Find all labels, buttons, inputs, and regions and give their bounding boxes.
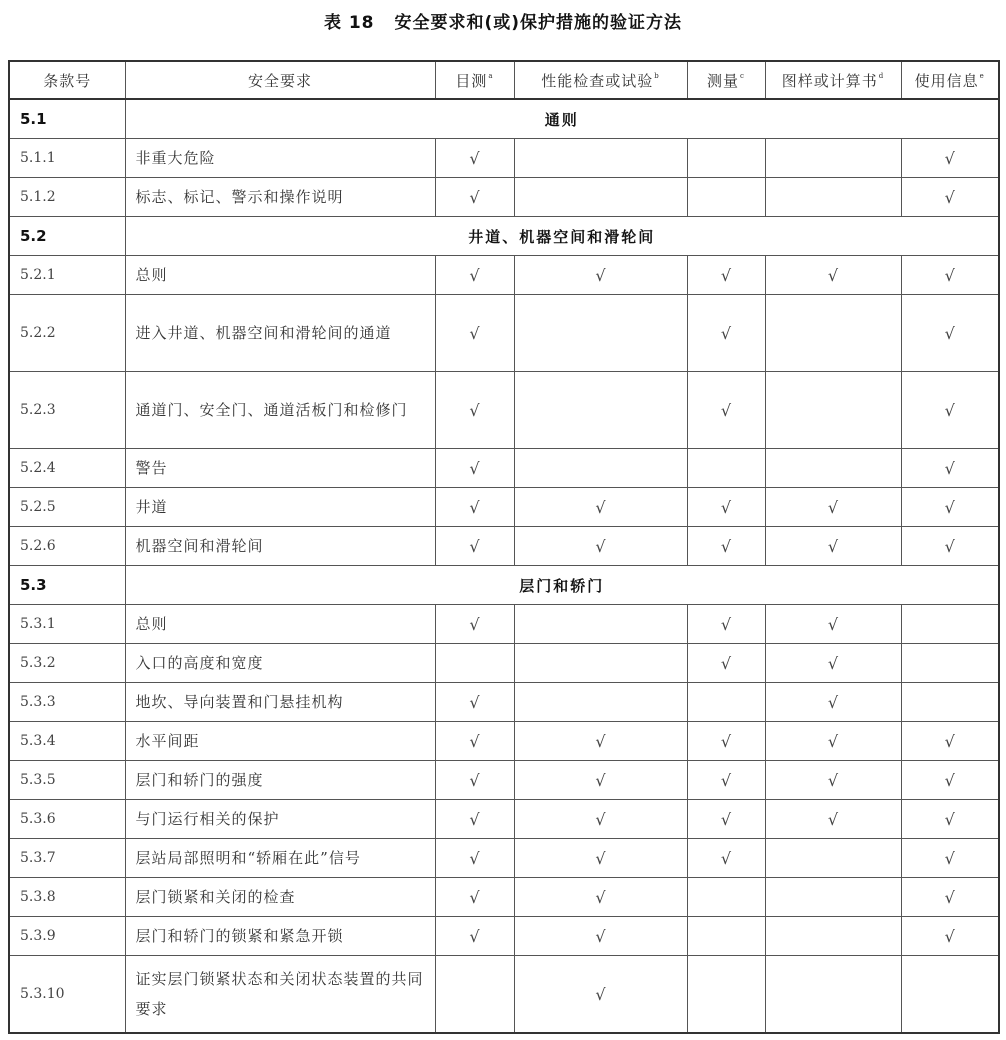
check-mark-icon: √ (595, 266, 605, 285)
check-mark-icon: √ (595, 732, 605, 751)
table-row: 5.3.3地坎、导向装置和门悬挂机构√√ (9, 683, 999, 722)
check-mark-icon: √ (469, 498, 479, 517)
footnote-mark: e (980, 72, 985, 80)
check-cell-visual: √ (435, 761, 514, 800)
footnote-mark: c (740, 72, 745, 80)
check-cell-test (514, 683, 687, 722)
clause-number: 5.3.8 (9, 878, 125, 917)
check-cell-test: √ (514, 761, 687, 800)
check-cell-visual (435, 956, 514, 1034)
section-row: 5.1通则 (9, 99, 999, 139)
check-cell-user-info: √ (901, 295, 999, 372)
check-cell-drawings (765, 372, 901, 449)
section-clause: 5.1 (9, 99, 125, 139)
table-row: 5.3.2入口的高度和宽度√√ (9, 644, 999, 683)
check-mark-icon: √ (828, 771, 838, 790)
table-row: 5.3.1总则√√√ (9, 605, 999, 644)
clause-number: 5.3.5 (9, 761, 125, 800)
check-cell-user-info (901, 644, 999, 683)
check-mark-icon: √ (721, 498, 731, 517)
table-row: 5.2.3通道门、安全门、通道活板门和检修门√√√ (9, 372, 999, 449)
clause-number: 5.3.6 (9, 800, 125, 839)
check-cell-measure: √ (687, 372, 765, 449)
col-header-drawings: 图样或计算书d (765, 61, 901, 99)
check-cell-drawings: √ (765, 722, 901, 761)
check-cell-user-info (901, 683, 999, 722)
check-cell-user-info: √ (901, 449, 999, 488)
check-cell-measure: √ (687, 605, 765, 644)
clause-number: 5.3.2 (9, 644, 125, 683)
clause-number: 5.1.1 (9, 139, 125, 178)
check-mark-icon: √ (945, 810, 955, 829)
check-mark-icon: √ (469, 459, 479, 478)
check-cell-measure: √ (687, 488, 765, 527)
check-cell-visual: √ (435, 488, 514, 527)
clause-number: 5.1.2 (9, 178, 125, 217)
requirement-text: 总则 (125, 605, 435, 644)
check-cell-drawings: √ (765, 644, 901, 683)
check-mark-icon: √ (721, 266, 731, 285)
check-mark-icon: √ (828, 732, 838, 751)
table-row: 5.3.7层站局部照明和“轿厢在此”信号√√√√ (9, 839, 999, 878)
clause-number: 5.2.3 (9, 372, 125, 449)
check-cell-drawings: √ (765, 256, 901, 295)
table-row: 5.1.1非重大危险√√ (9, 139, 999, 178)
requirement-text: 与门运行相关的保护 (125, 800, 435, 839)
check-cell-user-info: √ (901, 178, 999, 217)
col-header-clause: 条款号 (9, 61, 125, 99)
check-mark-icon: √ (469, 401, 479, 420)
requirement-text: 非重大危险 (125, 139, 435, 178)
check-mark-icon: √ (469, 927, 479, 946)
check-cell-drawings (765, 295, 901, 372)
check-mark-icon: √ (828, 498, 838, 517)
table-number: 表 18 (324, 13, 375, 33)
check-cell-user-info: √ (901, 917, 999, 956)
clause-number: 5.2.6 (9, 527, 125, 566)
check-cell-visual: √ (435, 917, 514, 956)
clause-number: 5.2.4 (9, 449, 125, 488)
check-cell-visual: √ (435, 878, 514, 917)
check-cell-visual (435, 644, 514, 683)
check-mark-icon: √ (469, 888, 479, 907)
check-cell-measure: √ (687, 527, 765, 566)
clause-number: 5.2.1 (9, 256, 125, 295)
check-cell-test (514, 178, 687, 217)
check-cell-measure: √ (687, 644, 765, 683)
requirement-text: 层门和轿门的锁紧和紧急开锁 (125, 917, 435, 956)
check-cell-visual: √ (435, 722, 514, 761)
check-cell-user-info: √ (901, 372, 999, 449)
check-cell-drawings (765, 139, 901, 178)
check-cell-test: √ (514, 839, 687, 878)
check-mark-icon: √ (828, 693, 838, 712)
clause-number: 5.2.5 (9, 488, 125, 527)
table-row: 5.3.5层门和轿门的强度√√√√√ (9, 761, 999, 800)
check-cell-test: √ (514, 488, 687, 527)
requirement-text: 警告 (125, 449, 435, 488)
check-cell-test (514, 449, 687, 488)
clause-number: 5.2.2 (9, 295, 125, 372)
check-cell-user-info (901, 605, 999, 644)
section-title: 通则 (125, 99, 999, 139)
check-cell-drawings (765, 878, 901, 917)
check-mark-icon: √ (828, 654, 838, 673)
check-cell-measure: √ (687, 295, 765, 372)
check-cell-measure (687, 178, 765, 217)
check-cell-drawings (765, 956, 901, 1034)
check-cell-visual: √ (435, 839, 514, 878)
check-mark-icon: √ (721, 810, 731, 829)
check-mark-icon: √ (721, 771, 731, 790)
check-mark-icon: √ (828, 537, 838, 556)
check-mark-icon: √ (595, 927, 605, 946)
table-caption: 安全要求和(或)保护措施的验证方法 (395, 13, 683, 33)
check-cell-visual: √ (435, 605, 514, 644)
check-mark-icon: √ (595, 985, 605, 1004)
requirement-text: 层站局部照明和“轿厢在此”信号 (125, 839, 435, 878)
check-mark-icon: √ (945, 771, 955, 790)
check-mark-icon: √ (945, 888, 955, 907)
check-mark-icon: √ (721, 401, 731, 420)
check-cell-user-info: √ (901, 839, 999, 878)
check-cell-drawings (765, 178, 901, 217)
check-cell-test: √ (514, 527, 687, 566)
check-mark-icon: √ (828, 615, 838, 634)
check-cell-measure (687, 139, 765, 178)
table-row: 5.3.6与门运行相关的保护√√√√√ (9, 800, 999, 839)
check-cell-visual: √ (435, 256, 514, 295)
check-cell-test: √ (514, 956, 687, 1034)
check-mark-icon: √ (721, 654, 731, 673)
requirement-text: 水平间距 (125, 722, 435, 761)
check-mark-icon: √ (828, 810, 838, 829)
table-row: 5.2.1总则√√√√√ (9, 256, 999, 295)
check-mark-icon: √ (469, 324, 479, 343)
check-mark-icon: √ (721, 849, 731, 868)
check-cell-user-info: √ (901, 800, 999, 839)
section-clause: 5.3 (9, 566, 125, 605)
check-mark-icon: √ (945, 188, 955, 207)
table-row: 5.2.5井道√√√√√ (9, 488, 999, 527)
check-cell-test (514, 139, 687, 178)
check-cell-measure (687, 449, 765, 488)
check-cell-visual: √ (435, 178, 514, 217)
check-cell-measure: √ (687, 800, 765, 839)
requirement-text: 通道门、安全门、通道活板门和检修门 (125, 372, 435, 449)
check-mark-icon: √ (945, 401, 955, 420)
check-cell-user-info: √ (901, 722, 999, 761)
section-row: 5.3层门和轿门 (9, 566, 999, 605)
clause-number: 5.3.4 (9, 722, 125, 761)
check-cell-measure (687, 917, 765, 956)
check-cell-drawings (765, 917, 901, 956)
check-cell-user-info: √ (901, 878, 999, 917)
col-header-measure: 测量c (687, 61, 765, 99)
check-mark-icon: √ (828, 266, 838, 285)
check-mark-icon: √ (595, 498, 605, 517)
check-cell-test: √ (514, 878, 687, 917)
check-cell-test: √ (514, 722, 687, 761)
check-mark-icon: √ (721, 615, 731, 634)
check-cell-drawings: √ (765, 683, 901, 722)
check-cell-user-info: √ (901, 139, 999, 178)
check-mark-icon: √ (721, 732, 731, 751)
check-mark-icon: √ (595, 849, 605, 868)
table-row: 5.3.10证实层门锁紧状态和关闭状态装置的共同要求√ (9, 956, 999, 1034)
check-mark-icon: √ (469, 849, 479, 868)
table-row: 5.3.4水平间距√√√√√ (9, 722, 999, 761)
table-row: 5.2.6机器空间和滑轮间√√√√√ (9, 527, 999, 566)
clause-number: 5.3.10 (9, 956, 125, 1034)
check-mark-icon: √ (945, 324, 955, 343)
check-cell-test: √ (514, 800, 687, 839)
check-mark-icon: √ (945, 927, 955, 946)
check-mark-icon: √ (595, 888, 605, 907)
table-row: 5.2.4警告√√ (9, 449, 999, 488)
header-row: 条款号 安全要求 目测a 性能检查或试验b 测量c 图样或计算书d 使用信息e (9, 61, 999, 99)
check-mark-icon: √ (469, 615, 479, 634)
check-cell-drawings: √ (765, 605, 901, 644)
requirement-text: 总则 (125, 256, 435, 295)
footnote-mark: b (654, 72, 659, 80)
check-mark-icon: √ (945, 498, 955, 517)
check-mark-icon: √ (469, 771, 479, 790)
check-cell-test (514, 605, 687, 644)
check-cell-user-info: √ (901, 527, 999, 566)
check-mark-icon: √ (945, 537, 955, 556)
requirement-text: 井道 (125, 488, 435, 527)
check-cell-drawings: √ (765, 488, 901, 527)
clause-number: 5.3.3 (9, 683, 125, 722)
requirement-text: 地坎、导向装置和门悬挂机构 (125, 683, 435, 722)
check-cell-measure (687, 956, 765, 1034)
check-mark-icon: √ (595, 771, 605, 790)
table-body: 5.1通则5.1.1非重大危险√√5.1.2标志、标记、警示和操作说明√√5.2… (9, 99, 999, 1033)
section-title: 层门和轿门 (125, 566, 999, 605)
check-cell-visual: √ (435, 800, 514, 839)
check-cell-user-info (901, 956, 999, 1034)
check-cell-drawings: √ (765, 800, 901, 839)
table-row: 5.3.8层门锁紧和关闭的检查√√√ (9, 878, 999, 917)
clause-number: 5.3.9 (9, 917, 125, 956)
col-header-visual: 目测a (435, 61, 514, 99)
requirement-text: 标志、标记、警示和操作说明 (125, 178, 435, 217)
check-cell-visual: √ (435, 449, 514, 488)
clause-number: 5.3.1 (9, 605, 125, 644)
check-mark-icon: √ (469, 810, 479, 829)
check-cell-test (514, 372, 687, 449)
col-header-requirement: 安全要求 (125, 61, 435, 99)
check-cell-drawings (765, 449, 901, 488)
requirement-text: 层门和轿门的强度 (125, 761, 435, 800)
check-cell-test (514, 295, 687, 372)
check-mark-icon: √ (945, 459, 955, 478)
check-mark-icon: √ (945, 849, 955, 868)
col-header-user-info: 使用信息e (901, 61, 999, 99)
check-cell-test: √ (514, 256, 687, 295)
section-title: 井道、机器空间和滑轮间 (125, 217, 999, 256)
check-cell-measure: √ (687, 722, 765, 761)
check-mark-icon: √ (945, 266, 955, 285)
check-cell-visual: √ (435, 372, 514, 449)
table-row: 5.2.2进入井道、机器空间和滑轮间的通道√√√ (9, 295, 999, 372)
check-mark-icon: √ (721, 537, 731, 556)
check-cell-visual: √ (435, 295, 514, 372)
clause-number: 5.3.7 (9, 839, 125, 878)
footnote-mark: d (879, 72, 884, 80)
requirement-text: 层门锁紧和关闭的检查 (125, 878, 435, 917)
requirement-text: 进入井道、机器空间和滑轮间的通道 (125, 295, 435, 372)
check-cell-measure (687, 683, 765, 722)
check-cell-test: √ (514, 917, 687, 956)
check-mark-icon: √ (595, 810, 605, 829)
check-cell-visual: √ (435, 139, 514, 178)
table-row: 5.3.9层门和轿门的锁紧和紧急开锁√√√ (9, 917, 999, 956)
check-cell-visual: √ (435, 527, 514, 566)
check-mark-icon: √ (595, 537, 605, 556)
table-title: 表 18安全要求和(或)保护措施的验证方法 (0, 8, 1006, 33)
check-cell-test (514, 644, 687, 683)
check-mark-icon: √ (469, 537, 479, 556)
check-mark-icon: √ (945, 732, 955, 751)
check-mark-icon: √ (469, 188, 479, 207)
check-cell-user-info: √ (901, 761, 999, 800)
footnote-mark: a (488, 72, 493, 80)
check-cell-user-info: √ (901, 488, 999, 527)
check-mark-icon: √ (945, 149, 955, 168)
verification-methods-table: 条款号 安全要求 目测a 性能检查或试验b 测量c 图样或计算书d 使用信息e … (8, 60, 1000, 1034)
check-mark-icon: √ (469, 266, 479, 285)
check-cell-measure: √ (687, 256, 765, 295)
check-mark-icon: √ (469, 149, 479, 168)
check-cell-visual: √ (435, 683, 514, 722)
check-cell-drawings: √ (765, 527, 901, 566)
table-row: 5.1.2标志、标记、警示和操作说明√√ (9, 178, 999, 217)
section-row: 5.2井道、机器空间和滑轮间 (9, 217, 999, 256)
check-cell-drawings: √ (765, 761, 901, 800)
section-clause: 5.2 (9, 217, 125, 256)
requirement-text: 证实层门锁紧状态和关闭状态装置的共同要求 (125, 956, 435, 1034)
check-mark-icon: √ (469, 693, 479, 712)
check-cell-measure: √ (687, 761, 765, 800)
requirement-text: 机器空间和滑轮间 (125, 527, 435, 566)
col-header-test: 性能检查或试验b (514, 61, 687, 99)
requirement-text: 入口的高度和宽度 (125, 644, 435, 683)
check-cell-measure: √ (687, 839, 765, 878)
check-cell-user-info: √ (901, 256, 999, 295)
check-cell-measure (687, 878, 765, 917)
check-cell-drawings (765, 839, 901, 878)
check-mark-icon: √ (721, 324, 731, 343)
check-mark-icon: √ (469, 732, 479, 751)
